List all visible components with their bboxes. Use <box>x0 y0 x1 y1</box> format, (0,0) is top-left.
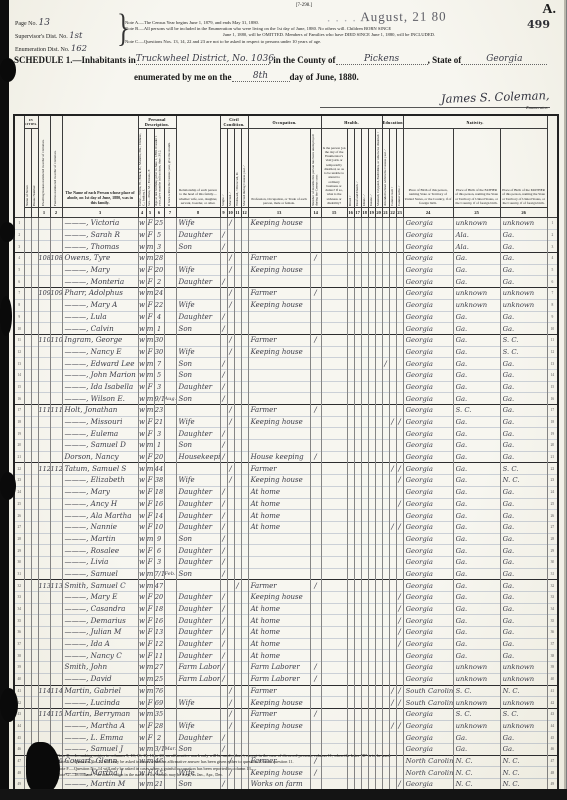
cell-rel <box>176 708 220 720</box>
cell-ln-right: 41 <box>547 685 558 697</box>
cell-b19 <box>368 615 375 627</box>
cell-mo <box>164 288 176 300</box>
cell-pb: Georgia <box>403 650 453 662</box>
cell-fb: Ga. <box>453 627 500 639</box>
cell-f <box>50 428 62 440</box>
cell-b19 <box>368 369 375 381</box>
cell-b20 <box>375 369 382 381</box>
cell-b20 <box>375 556 382 568</box>
cell-w11 <box>234 440 241 452</box>
cell-m12 <box>241 218 248 230</box>
cell-m12 <box>241 662 248 674</box>
cell-m10: / <box>227 708 234 720</box>
cell-pb: Georgia <box>403 732 453 744</box>
cell-w11 <box>234 416 241 428</box>
cell-house <box>31 311 38 323</box>
cell-street <box>24 627 31 639</box>
cell-ln: 35 <box>14 615 24 627</box>
cell-b17 <box>354 732 361 744</box>
group-occupation: Occupation. <box>248 115 321 129</box>
cell-b16 <box>347 498 354 510</box>
paper-sheet: [7-298.] A. . . . . August, 21 80 499 Pa… <box>9 0 566 789</box>
cell-b17 <box>354 708 361 720</box>
cell-cr <box>389 510 396 522</box>
column-number-4: 4 <box>138 208 146 218</box>
cell-b20 <box>375 218 382 230</box>
cell-h15 <box>321 533 347 545</box>
census-row: 39Smith, Johnwm27Farm Laborer/Farm Labor… <box>14 662 558 674</box>
cell-f <box>50 732 62 744</box>
cell-c: w <box>138 697 146 709</box>
cell-mb: N. C. <box>500 475 547 487</box>
cell-ln: 11 <box>14 334 24 346</box>
cell-street <box>24 650 31 662</box>
cell-h15 <box>321 323 347 335</box>
column-number-blank <box>31 208 38 218</box>
cell-u14: / <box>310 673 321 685</box>
cell-pb: Georgia <box>403 638 453 650</box>
cell-m12 <box>241 510 248 522</box>
cell-ln: 22 <box>14 463 24 475</box>
cell-m12 <box>241 697 248 709</box>
cell-b16 <box>347 241 354 253</box>
cell-s9: / <box>220 732 227 744</box>
cell-a: 30 <box>154 346 164 358</box>
cell-u14 <box>310 650 321 662</box>
cell-cr <box>389 264 396 276</box>
cell-s9 <box>220 253 227 265</box>
cell-b18 <box>361 545 368 557</box>
col-header-11: Widowed, / Divorced, D. <box>234 129 241 208</box>
cell-w11 <box>234 592 241 604</box>
cell-mb: Ga. <box>500 428 547 440</box>
census-row: 23———, ElizabethwF38Wife/Keeping house/G… <box>14 475 558 487</box>
cell-cr <box>389 311 396 323</box>
cell-name: ———, Ala Martha <box>62 510 138 522</box>
cell-b18 <box>361 556 368 568</box>
cell-ln-right: 2 <box>547 229 558 241</box>
cell-fb: Ga. <box>453 650 500 662</box>
col-header-2: Families numbered in order of visitation… <box>50 115 62 208</box>
cell-b18 <box>361 592 368 604</box>
cell-rel <box>176 253 220 265</box>
cell-b17 <box>354 510 361 522</box>
cell-pb: Georgia <box>403 603 453 615</box>
cell-c: w <box>138 288 146 300</box>
cell-occ: Farmer <box>248 253 310 265</box>
cell-ln-right: 31 <box>547 568 558 580</box>
cell-rel: Son <box>176 369 220 381</box>
cell-d <box>38 568 50 580</box>
cell-street <box>24 440 31 452</box>
cell-m12 <box>241 521 248 533</box>
schedule-title-line: SCHEDULE 1.—Inhabitants in Truckwheel Di… <box>14 54 559 65</box>
cell-s9: / <box>220 627 227 639</box>
cell-c: w <box>138 486 146 498</box>
cell-house <box>31 486 38 498</box>
cell-b20 <box>375 627 382 639</box>
cell-occ <box>248 241 310 253</box>
cell-b19 <box>368 440 375 452</box>
cell-m10 <box>227 627 234 639</box>
cell-name: ———, Julian M <box>62 627 138 639</box>
census-row: 21Dorson, NancywF20Housekeeping/House ke… <box>14 451 558 463</box>
cell-mo <box>164 580 176 592</box>
cell-fb: unknown <box>453 299 500 311</box>
cell-m10: / <box>227 346 234 358</box>
cell-u14: / <box>310 253 321 265</box>
binding-blob <box>0 222 15 242</box>
cell-d <box>38 276 50 288</box>
cell-s9 <box>220 708 227 720</box>
cell-ln: 32 <box>14 580 24 592</box>
cell-m10 <box>227 381 234 393</box>
cell-ln: 40 <box>14 673 24 685</box>
cell-ln: 34 <box>14 603 24 615</box>
cell-b16 <box>347 533 354 545</box>
census-row: 27———, NanniewF10Daughter/At home//Georg… <box>14 521 558 533</box>
cell-ln-right: 27 <box>547 521 558 533</box>
cell-m10 <box>227 638 234 650</box>
cell-street <box>24 673 31 685</box>
cell-w11 <box>234 650 241 662</box>
cell-cr <box>389 662 396 674</box>
cell-ln-right: 11 <box>547 334 558 346</box>
cell-sch <box>382 334 389 346</box>
cell-b20 <box>375 592 382 604</box>
column-number-15: 15 <box>321 208 347 218</box>
cell-b18 <box>361 229 368 241</box>
cell-b18 <box>361 533 368 545</box>
cell-b16 <box>347 638 354 650</box>
cell-mo <box>164 416 176 428</box>
cell-mo <box>164 405 176 417</box>
cell-b17 <box>354 650 361 662</box>
cell-sch <box>382 498 389 510</box>
cell-pb: Georgia <box>403 334 453 346</box>
cell-b16 <box>347 416 354 428</box>
cell-pb: Georgia <box>403 521 453 533</box>
cell-b20 <box>375 451 382 463</box>
cell-pb: Georgia <box>403 451 453 463</box>
cell-occ: Farmer <box>248 580 310 592</box>
col-header-15: Is the person [on the day of the Enumera… <box>321 129 347 208</box>
census-row: 28———, Martinwm9Son/GeorgiaGa.Ga.28 <box>14 533 558 545</box>
census-row: 2———, Sarah RwF5Daughter/GeorgiaAla.Ga.2 <box>14 229 558 241</box>
cell-mo <box>164 369 176 381</box>
cell-pb: Georgia <box>403 311 453 323</box>
cell-s9 <box>220 580 227 592</box>
cell-mb: Ga. <box>500 615 547 627</box>
cell-b20 <box>375 463 382 475</box>
cell-cr <box>389 428 396 440</box>
cell-pb: Georgia <box>403 568 453 580</box>
cell-s9 <box>220 346 227 358</box>
cell-rel <box>176 405 220 417</box>
cell-b18 <box>361 299 368 311</box>
cell-m12 <box>241 475 248 487</box>
cell-ln-right: 23 <box>547 475 558 487</box>
cell-ln-right: 35 <box>547 615 558 627</box>
cell-ln-right: 13 <box>547 358 558 370</box>
cell-cr: / <box>389 416 396 428</box>
cell-s: F <box>146 475 154 487</box>
cell-name: Martin, Berryman <box>62 708 138 720</box>
cell-d: 110 <box>38 334 50 346</box>
census-row: 8———, Mary AwF22Wife/Keeping houseGeorgi… <box>14 299 558 311</box>
cell-a: 25 <box>154 673 164 685</box>
cell-occ: At home <box>248 603 310 615</box>
cell-mo <box>164 323 176 335</box>
cell-mb: Ga. <box>500 253 547 265</box>
cell-street <box>24 732 31 744</box>
cell-cw <box>396 241 403 253</box>
cell-ln: 4 <box>14 253 24 265</box>
cell-b19 <box>368 334 375 346</box>
cell-cr <box>389 498 396 510</box>
cell-cr <box>389 381 396 393</box>
cell-f: 115 <box>50 708 62 720</box>
cell-d <box>38 369 50 381</box>
cell-occ: At home <box>248 510 310 522</box>
cell-house <box>31 334 38 346</box>
cell-house <box>31 451 38 463</box>
cell-w11 <box>234 627 241 639</box>
cell-c: w <box>138 405 146 417</box>
cell-u14 <box>310 720 321 732</box>
cell-ln: 15 <box>14 381 24 393</box>
cell-name: ———, Rosalee <box>62 545 138 557</box>
cell-cr <box>389 556 396 568</box>
cell-a: 30 <box>154 334 164 346</box>
note-g: Note G.—In column 7 an abbreviation in t… <box>57 772 527 778</box>
cell-c: w <box>138 662 146 674</box>
cell-mo <box>164 510 176 522</box>
cell-s: F <box>146 428 154 440</box>
cell-w11 <box>234 253 241 265</box>
cell-sch <box>382 580 389 592</box>
cell-b18 <box>361 673 368 685</box>
cell-b20 <box>375 440 382 452</box>
cell-b16 <box>347 346 354 358</box>
cell-rel: Daughter <box>176 556 220 568</box>
column-number-14: 14 <box>310 208 321 218</box>
cell-a: 44 <box>154 463 164 475</box>
cell-m12 <box>241 229 248 241</box>
cell-f <box>50 627 62 639</box>
census-row: 7109109Pharr, Adolphuswm24/Farmer/Georgi… <box>14 288 558 300</box>
cell-rel <box>176 580 220 592</box>
cell-ln: 20 <box>14 440 24 452</box>
cell-u14 <box>310 229 321 241</box>
cell-sch <box>382 697 389 709</box>
cell-ln: 30 <box>14 556 24 568</box>
cell-u14 <box>310 393 321 405</box>
cell-m12 <box>241 592 248 604</box>
cell-b16 <box>347 463 354 475</box>
cell-h15 <box>321 627 347 639</box>
cell-b18 <box>361 732 368 744</box>
cell-cw <box>396 229 403 241</box>
cell-b18 <box>361 638 368 650</box>
cell-cr <box>389 650 396 662</box>
cell-street <box>24 264 31 276</box>
cell-ln-right: 37 <box>547 638 558 650</box>
cell-name: Smith, John <box>62 662 138 674</box>
cell-d <box>38 697 50 709</box>
cell-mo <box>164 276 176 288</box>
cell-ln-right: 14 <box>547 369 558 381</box>
group-education: Education. <box>382 115 403 129</box>
cell-house <box>31 369 38 381</box>
column-number-17: 17 <box>354 208 361 218</box>
cell-c: w <box>138 720 146 732</box>
cell-sch <box>382 615 389 627</box>
cell-b17 <box>354 451 361 463</box>
cell-m10 <box>227 276 234 288</box>
cell-street <box>24 241 31 253</box>
right-line-number-column <box>547 115 558 218</box>
cell-a: 28 <box>154 720 164 732</box>
cell-cr <box>389 486 396 498</box>
cell-a: 6 <box>154 545 164 557</box>
cell-s9: / <box>220 440 227 452</box>
cell-c: w <box>138 264 146 276</box>
cell-mo <box>164 428 176 440</box>
cell-cr <box>389 276 396 288</box>
cell-ln-right: 8 <box>547 299 558 311</box>
cell-name: Ingram, George <box>62 334 138 346</box>
cell-fb: Ga. <box>453 556 500 568</box>
col-header-24: Place of Birth of this person, naming St… <box>403 129 453 208</box>
cell-h15 <box>321 463 347 475</box>
cell-d: 108 <box>38 253 50 265</box>
cell-mb: Ga. <box>500 486 547 498</box>
cell-m12 <box>241 498 248 510</box>
cell-mo: Aug. <box>164 393 176 405</box>
cell-m12 <box>241 638 248 650</box>
cell-fb: Ga. <box>453 580 500 592</box>
cell-c: w <box>138 299 146 311</box>
cell-rel: Daughter <box>176 638 220 650</box>
cell-cw: / <box>396 615 403 627</box>
col-header-21: Attended school within the Census year. … <box>382 129 389 208</box>
cell-occ: Farmer <box>248 463 310 475</box>
cell-c: w <box>138 416 146 428</box>
cell-b20 <box>375 708 382 720</box>
cell-house <box>31 662 38 674</box>
census-table-body: 1———, VictoriawF25Wife/Keeping houseGeor… <box>14 218 558 800</box>
cell-name: ———, Ancy H <box>62 498 138 510</box>
cell-w11 <box>234 311 241 323</box>
cell-m10 <box>227 650 234 662</box>
cell-b18 <box>361 603 368 615</box>
cell-d <box>38 381 50 393</box>
cell-c: w <box>138 650 146 662</box>
cell-b18 <box>361 346 368 358</box>
cell-fb: Ga. <box>453 545 500 557</box>
cell-d <box>38 346 50 358</box>
cell-house <box>31 580 38 592</box>
cell-house <box>31 498 38 510</box>
cell-street <box>24 358 31 370</box>
cell-b17 <box>354 486 361 498</box>
cell-f <box>50 673 62 685</box>
cell-a: 47 <box>154 580 164 592</box>
cell-cr <box>389 405 396 417</box>
cell-w11 <box>234 568 241 580</box>
cell-mb: Ga. <box>500 323 547 335</box>
cell-h15 <box>321 638 347 650</box>
cell-occ <box>248 533 310 545</box>
cell-cw: / <box>396 685 403 697</box>
cell-u14 <box>310 381 321 393</box>
cell-b19 <box>368 346 375 358</box>
cell-m12 <box>241 580 248 592</box>
cell-b17 <box>354 288 361 300</box>
cell-mb: S. C. <box>500 708 547 720</box>
cell-w11 <box>234 510 241 522</box>
cell-m10 <box>227 440 234 452</box>
cell-cr <box>389 627 396 639</box>
cell-m10: / <box>227 334 234 346</box>
col-header-street: Name of Street. <box>24 129 31 208</box>
col-header-house-number: House Number. <box>31 129 38 208</box>
cell-name: Martin, Gabriel <box>62 685 138 697</box>
cell-fb: unknown <box>453 218 500 230</box>
cell-m12 <box>241 288 248 300</box>
cell-f <box>50 381 62 393</box>
cell-fb: Ga. <box>453 369 500 381</box>
cell-b16 <box>347 369 354 381</box>
schedule-prefix: SCHEDULE 1.—Inhabitants in <box>14 55 136 65</box>
cell-m12 <box>241 323 248 335</box>
cell-a: 22 <box>154 299 164 311</box>
cell-b17 <box>354 662 361 674</box>
cell-cw <box>396 708 403 720</box>
cell-ln: 44 <box>14 720 24 732</box>
cell-b18 <box>361 276 368 288</box>
cell-s: F <box>146 416 154 428</box>
cell-b16 <box>347 556 354 568</box>
cell-w11 <box>234 662 241 674</box>
cell-b18 <box>361 393 368 405</box>
cell-occ: Keeping house <box>248 697 310 709</box>
cell-cw <box>396 381 403 393</box>
cell-h15 <box>321 311 347 323</box>
cell-s: F <box>146 346 154 358</box>
cell-b16 <box>347 720 354 732</box>
cell-a: 3 <box>154 241 164 253</box>
cell-name: ———, Samuel <box>62 568 138 580</box>
cell-s9 <box>220 218 227 230</box>
cell-f: 109 <box>50 288 62 300</box>
cell-a: 1 <box>154 323 164 335</box>
column-number-11: 11 <box>234 208 241 218</box>
cell-fb: unknown <box>453 662 500 674</box>
cell-occ: Keeping house <box>248 720 310 732</box>
cell-h15 <box>321 615 347 627</box>
cell-b20 <box>375 615 382 627</box>
cell-s: F <box>146 638 154 650</box>
cell-c: w <box>138 276 146 288</box>
cell-f <box>50 510 62 522</box>
col-header-12: Married during Census year. / <box>241 129 248 208</box>
cell-c: w <box>138 381 146 393</box>
cell-pb: Georgia <box>403 463 453 475</box>
cell-h15 <box>321 475 347 487</box>
cell-s: m <box>146 533 154 545</box>
